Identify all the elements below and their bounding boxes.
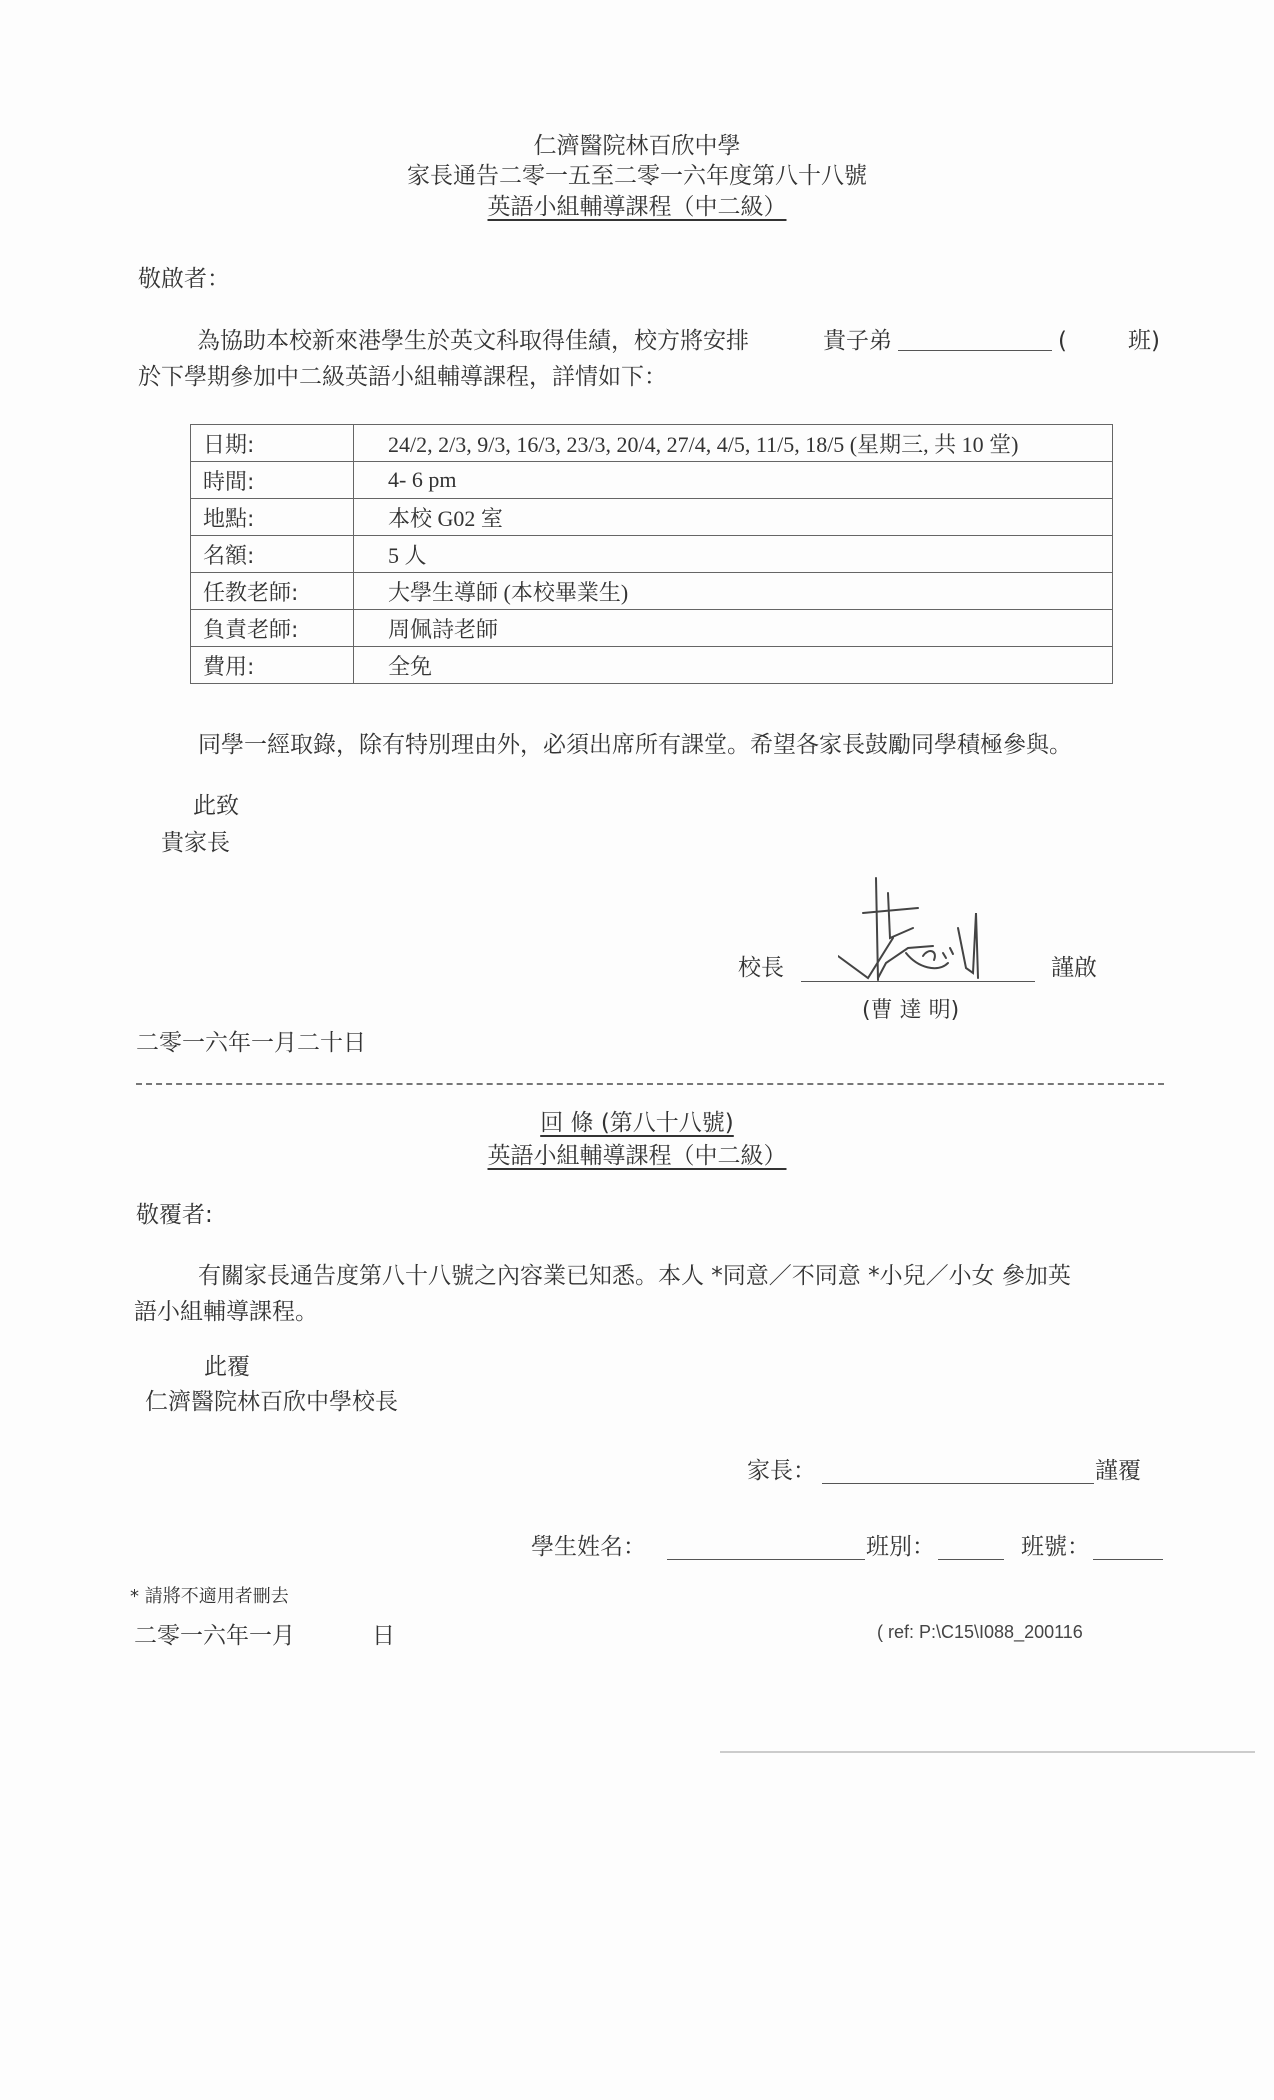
notice-number: 家長通告二零一五至二零一六年度第八十八號 [0, 165, 1274, 188]
reply-subtitle: 英語小組輔導課程（中二級） [0, 1145, 1274, 1168]
detail-label: 時間: [191, 462, 354, 499]
salutation: 敬啟者： [138, 268, 230, 291]
detail-value: 4- 6 pm [354, 462, 1113, 499]
closing-line2: 貴家長 [161, 832, 230, 855]
reply-closing-line1: 此覆 [204, 1356, 250, 1379]
parent-signature-field[interactable] [822, 1483, 1094, 1484]
table-row: 費用:全免 [191, 647, 1113, 684]
parent-suffix: 謹覆 [1095, 1460, 1141, 1483]
para2: 同學一經取錄，除有特別理由外，必須出席所有課堂。希望各家長鼓勵同學積極參與。 [198, 734, 1072, 757]
reply-date: 二零一六年一月 [134, 1625, 295, 1648]
signature-icon [838, 868, 1038, 988]
notice-title-text: 英語小組輔導課程（中二級） [488, 194, 787, 220]
class-field[interactable] [938, 1559, 1004, 1560]
detail-value: 24/2, 2/3, 9/3, 16/3, 23/3, 20/4, 27/4, … [354, 425, 1113, 462]
scan-artifact-line [720, 1751, 1255, 1753]
detail-label: 負責老師: [191, 610, 354, 647]
reference-code: ( ref: P:\C15\I088_200116 [877, 1623, 1083, 1641]
table-row: 日期:24/2, 2/3, 9/3, 16/3, 23/3, 20/4, 27/… [191, 425, 1113, 462]
detail-label: 任教老師: [191, 573, 354, 610]
course-details-table: 日期:24/2, 2/3, 9/3, 16/3, 23/3, 20/4, 27/… [190, 424, 1113, 684]
signer-title: 校長 [738, 957, 784, 980]
table-row: 負責老師:周佩詩老師 [191, 610, 1113, 647]
class-open-paren: ( [1058, 330, 1067, 353]
reply-date-day: 日 [372, 1625, 395, 1648]
para1-line1: 為協助本校新來港學生於英文科取得佳績，校方將安排 [197, 330, 749, 353]
student-name-field[interactable] [667, 1559, 865, 1560]
para1-line2: 於下學期參加中二級英語小組輔導課程，詳情如下： [138, 366, 667, 389]
notice-title: 英語小組輔導課程（中二級） [0, 196, 1274, 219]
class-number-field[interactable] [1093, 1559, 1163, 1560]
table-row: 地點:本校 G02 室 [191, 499, 1113, 536]
school-name: 仁濟醫院林百欣中學 [0, 135, 1274, 158]
student-name-label: 學生姓名： [531, 1536, 646, 1559]
parent-label: 家長： [747, 1460, 816, 1483]
detail-label: 日期: [191, 425, 354, 462]
class-label: 班) [1128, 330, 1160, 353]
signer-name: (曹 達 明) [862, 1000, 959, 1022]
reply-para-line2: 語小組輔導課程。 [134, 1301, 318, 1324]
detail-value: 本校 G02 室 [354, 499, 1113, 536]
detail-value: 周佩詩老師 [354, 610, 1113, 647]
detail-label: 名額: [191, 536, 354, 573]
detail-label: 地點: [191, 499, 354, 536]
child-name-blank [898, 350, 1052, 351]
child-label: 貴子弟 [823, 330, 892, 353]
letter-date: 二零一六年一月二十日 [136, 1032, 366, 1055]
reply-para-line1: 有關家長通告度第八十八號之內容業已知悉。本人 *同意／不同意 *小兒／小女 參加… [198, 1265, 1071, 1288]
footnote: * 請將不適用者刪去 [130, 1588, 289, 1606]
table-row: 時間:4- 6 pm [191, 462, 1113, 499]
class-field-label: 班別： [866, 1536, 935, 1559]
reply-closing-line2: 仁濟醫院林百欣中學校長 [145, 1391, 398, 1414]
reply-title-text: 回 條 (第八十八號) [540, 1110, 734, 1136]
closing-line1: 此致 [193, 795, 239, 818]
detail-value: 大學生導師 (本校畢業生) [354, 573, 1113, 610]
detail-value: 全免 [354, 647, 1113, 684]
reply-salutation: 敬覆者: [136, 1204, 213, 1227]
detail-label: 費用: [191, 647, 354, 684]
signature-line [801, 981, 1035, 982]
reply-subtitle-text: 英語小組輔導課程（中二級） [488, 1143, 787, 1169]
detail-value: 5 人 [354, 536, 1113, 573]
table-row: 任教老師:大學生導師 (本校畢業生) [191, 573, 1113, 610]
class-number-label: 班號： [1021, 1536, 1090, 1559]
signer-suffix: 謹啟 [1051, 957, 1097, 980]
reply-title: 回 條 (第八十八號) [0, 1112, 1274, 1135]
table-row: 名額:5 人 [191, 536, 1113, 573]
tear-off-divider [136, 1083, 1164, 1085]
